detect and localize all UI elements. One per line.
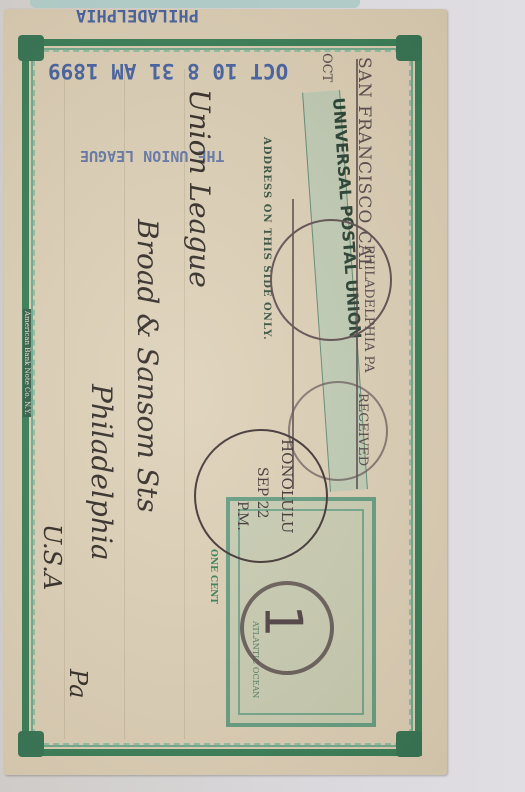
sf-postmark: SAN FRANCISCO CAL xyxy=(354,57,374,270)
corner-ornament xyxy=(396,731,422,757)
received-postmark-text: RECEIVED xyxy=(355,393,370,466)
phila-postmark-text: PHILADELPHIA PA xyxy=(361,245,376,372)
honolulu-postmark-date: SEP 22 xyxy=(254,467,270,519)
corner-ornament xyxy=(396,35,422,61)
sf-postmark-month: OCT xyxy=(319,53,334,82)
union-league-stamp: THE UNION LEAGUE xyxy=(80,147,225,165)
address-line-1: Union League xyxy=(183,89,216,288)
address-line-2: Broad & Sansom Sts xyxy=(131,219,164,513)
phila-postmark xyxy=(270,219,392,341)
philadelphia-stamp: PHILADELPHIA xyxy=(76,5,199,25)
corner-ornament xyxy=(18,731,44,757)
ocean-label: ATLANTIC OCEAN xyxy=(251,621,260,698)
duplex-line xyxy=(292,199,294,489)
honolulu-postmark-time: P.M. xyxy=(234,501,250,531)
cancel-numeral: 1 xyxy=(253,604,313,637)
honolulu-postmark-text: HONOLULU xyxy=(278,439,296,533)
received-date-stamp: OCT 10 8 31 AM 1899 xyxy=(48,59,288,83)
duplex-line xyxy=(356,59,358,489)
imprint-ribbon xyxy=(302,90,368,492)
address-rule xyxy=(64,69,65,739)
ornamental-border xyxy=(22,39,422,756)
received-postmark xyxy=(288,381,388,481)
numeral-cancel xyxy=(240,581,334,675)
upu-banner: UNIVERSAL POSTAL UNION xyxy=(329,97,365,339)
address-line-3: Philadelphia xyxy=(85,384,118,561)
address-line-4: Pa xyxy=(64,669,92,698)
postcard: PHILADELPHIA OCT 10 8 31 AM 1899 THE UNI… xyxy=(4,9,447,775)
address-line-5: U.S.A xyxy=(38,524,66,590)
honolulu-postmark xyxy=(194,429,328,563)
indicium-stamp: ATLANTIC OCEAN xyxy=(226,497,376,727)
corner-ornament xyxy=(18,35,44,61)
stamp-denomination: ONE CENT xyxy=(208,549,218,604)
address-rule xyxy=(124,69,125,739)
address-instruction: ADDRESS ON THIS SIDE ONLY. xyxy=(261,137,272,341)
address-rule xyxy=(184,69,185,739)
printer-credit: American Bank Note Co. N.Y. xyxy=(23,309,31,417)
